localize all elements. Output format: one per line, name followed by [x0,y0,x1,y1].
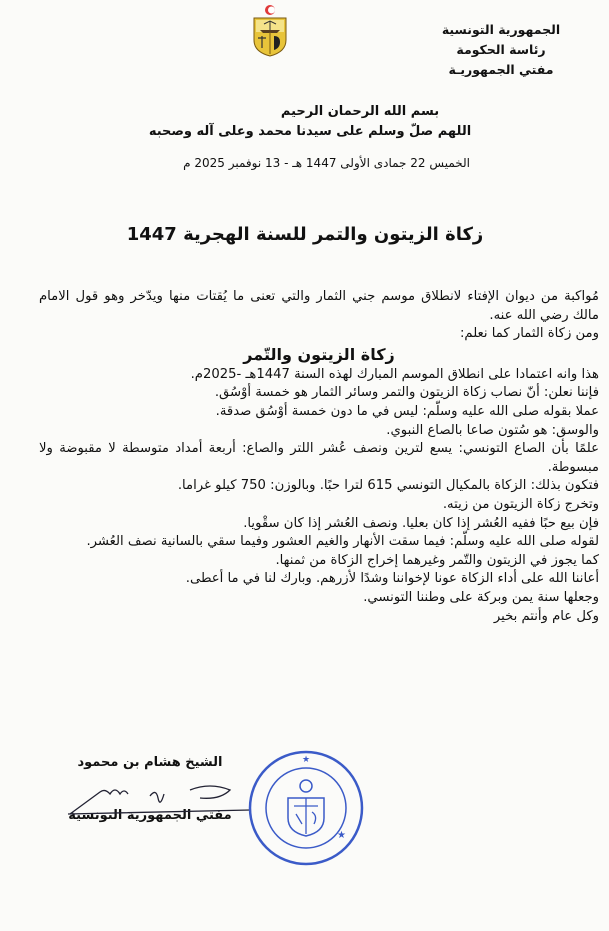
section-subtitle: زكاة الزيتون والتّمر [39,344,599,366]
body-paragraph: لقوله صلى الله عليه وسلّم: فيما سقت الأن… [39,533,599,552]
body-paragraph: فإن بيع حبًا ففيه العُشر إذا كان بعليا. … [39,515,599,534]
svg-text:★: ★ [302,755,310,765]
official-seal-icon: ★ ★ [246,748,366,868]
body-paragraph: كما يجوز في الزيتون والتّمر وغيرهما إخرا… [39,552,599,571]
body-paragraph: فإننا نعلن: أنّ نصاب زكاة الزيتون والتمر… [39,384,599,403]
body-paragraph: والوسق: هو سُتون صاعا بالصاع النبوي. [39,422,599,441]
document-date: الخميس 22 جمادى الأولى 1447 هـ - 13 نوفم… [120,156,470,170]
intro-paragraph: مُواكبة من ديوان الإفتاء لانطلاق موسم جن… [39,288,599,325]
closing-line: وكل عام وأنتم بخير [39,608,599,627]
letterhead-line-republic: الجمهورية التونسية [431,20,571,40]
body-paragraph: عملا بقوله صلى الله عليه وسلّم: ليس في م… [39,403,599,422]
body-paragraph: فتكون بذلك: الزكاة بالمكيال التونسي 615 … [39,477,599,496]
body-paragraph: هذا وانه اعتمادا على انطلاق الموسم المبا… [39,366,599,385]
body-paragraph: علمًا بأن الصاع التونسي: يسع لترين ونصف … [39,440,599,477]
body-paragraph: وجعلها سنة يمن وبركة على وطننا التونسي. [39,589,599,608]
document-page: الجمهورية التونسية رئاسة الحكومة مفتي ال… [0,0,609,931]
handwritten-signature-icon [60,780,260,820]
letterhead: الجمهورية التونسية رئاسة الحكومة مفتي ال… [431,20,571,80]
intro-paragraph-2: ومن زكاة الثمار كما نعلم: [39,325,599,344]
letterhead-line-government: رئاسة الحكومة [431,40,571,60]
document-title: زكاة الزيتون والتمر للسنة الهجرية 1447 [100,224,510,245]
tunisia-coat-of-arms-icon [246,4,294,58]
opening-invocation: بسم الله الرحمان الرحيم اللهم صلّ وسلم ع… [120,102,500,142]
salawat: اللهم صلّ وسلم على سيدنا محمد وعلى آله و… [149,124,471,139]
letterhead-line-mufti: مفتي الجمهوريـة [431,60,571,80]
basmala: بسم الله الرحمان الرحيم [120,102,500,122]
svg-text:★: ★ [337,830,346,841]
signatory-name: الشيخ هشام بن محمود [60,755,240,770]
document-body: مُواكبة من ديوان الإفتاء لانطلاق موسم جن… [39,288,599,626]
body-paragraph: أعاننا الله على أداء الزكاة عونا لإخوانن… [39,570,599,589]
body-paragraph: وتخرج زكاة الزيتون من زيته. [39,496,599,515]
